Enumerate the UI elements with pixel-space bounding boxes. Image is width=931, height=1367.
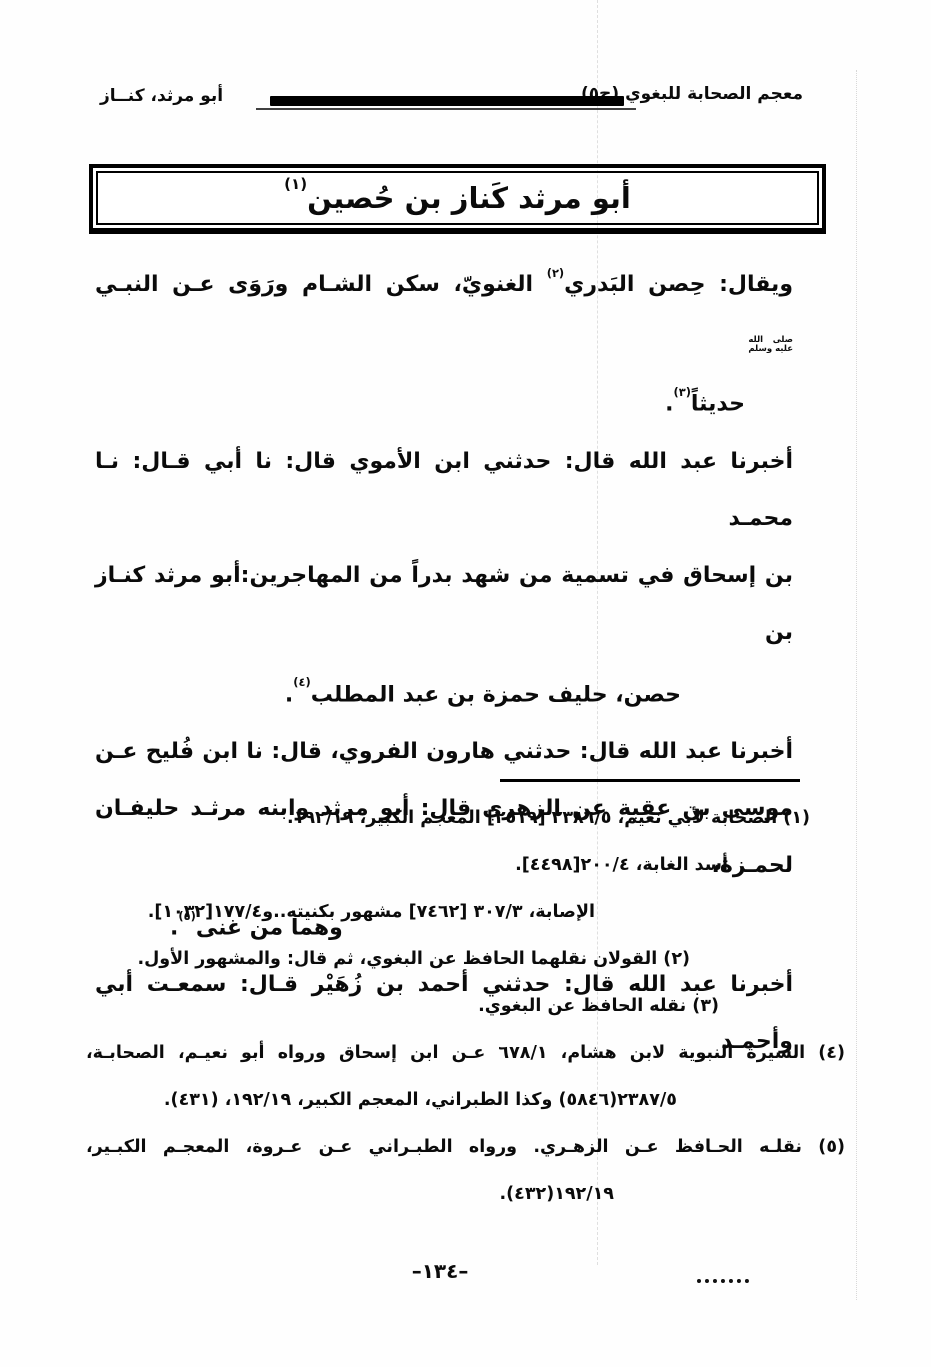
entry-running-header: أبو مرثد، كنــاز: [100, 86, 223, 106]
body-line: بن إسحاق في تسمية من شهد بدراً من المهاج…: [95, 547, 793, 661]
scan-edge-artifact: [856, 70, 857, 1300]
body-line: أخبرنا عبد الله قال: حدثني هارون الفروي،…: [95, 723, 793, 780]
footnotes: (١) الصحابة لأبي نعيم، ٢٣٨٦/٥ [٢٥١٩] الم…: [86, 795, 845, 1218]
footnotes-separator: [500, 779, 800, 782]
header-divider-bar: [270, 96, 624, 106]
honorific-bottom: عليه وسلم: [748, 345, 793, 355]
body-line: أخبرنا عبد الله قال: حدثني ابن الأموي قا…: [95, 433, 793, 547]
footnote-line: (١) الصحابة لأبي نعيم، ٢٣٨٦/٥ [٢٥١٩] الم…: [86, 795, 845, 842]
footnote-line: ٢٣٨٧/٥(٥٨٤٦) وكذا الطبراني، المعجم الكبي…: [86, 1077, 845, 1124]
scanned-book-page: معجم الصحابة للبغوي (ج٥) أبو مرثد، كنــا…: [0, 0, 931, 1367]
footnote-line: (٤) السيرة النبوية لابن هشام، ٦٧٨/١ عـن …: [86, 1030, 845, 1077]
footnote-line: ١٩٢/١٩(٤٣٢).: [86, 1171, 845, 1218]
body-line-text: ويقال: حِصن البَدري(٢) الغنويّ، سكن الشـ…: [95, 272, 793, 297]
header-divider-underline: [256, 108, 636, 110]
body-line: ويقال: حِصن البَدري(٢) الغنويّ، سكن الشـ…: [95, 251, 793, 370]
entry-title: أبو مرثد كَناز بن حُصين(١): [284, 181, 631, 215]
footnote-line: (٣) نقله الحافظ عن البغوي.: [86, 983, 845, 1030]
body-line: حصن، حليف حمزة بن عبد المطلب(٤).: [95, 661, 793, 723]
entry-title-box: أبو مرثد كَناز بن حُصين(١): [89, 164, 826, 234]
footnote-line: (٢) القولان نقلهما الحافظ عن البغوي، ثم …: [86, 936, 845, 983]
footnote-line: أسد الغابة، ٢٠٠/٤[٤٤٩٨].: [86, 842, 845, 889]
footnote-line: الإصابة، ٣٠٧/٣ [٧٤٦٢] مشهور بكنيته..و١٧٧…: [86, 889, 845, 936]
prophet-honorific: صلى اللهعليه وسلم: [748, 336, 793, 356]
page-number: –١٣٤–: [380, 1256, 500, 1286]
footnote-line: (٥) نقلـه الحـافظ عـن الزهـري. ورواه الط…: [86, 1124, 845, 1171]
body-line: حديثاً(٣).: [95, 370, 793, 432]
scan-speck-dashes: [697, 1279, 749, 1283]
entry-title-inner-border: أبو مرثد كَناز بن حُصين(١): [96, 171, 819, 225]
scan-fold-line: [597, 0, 598, 1265]
